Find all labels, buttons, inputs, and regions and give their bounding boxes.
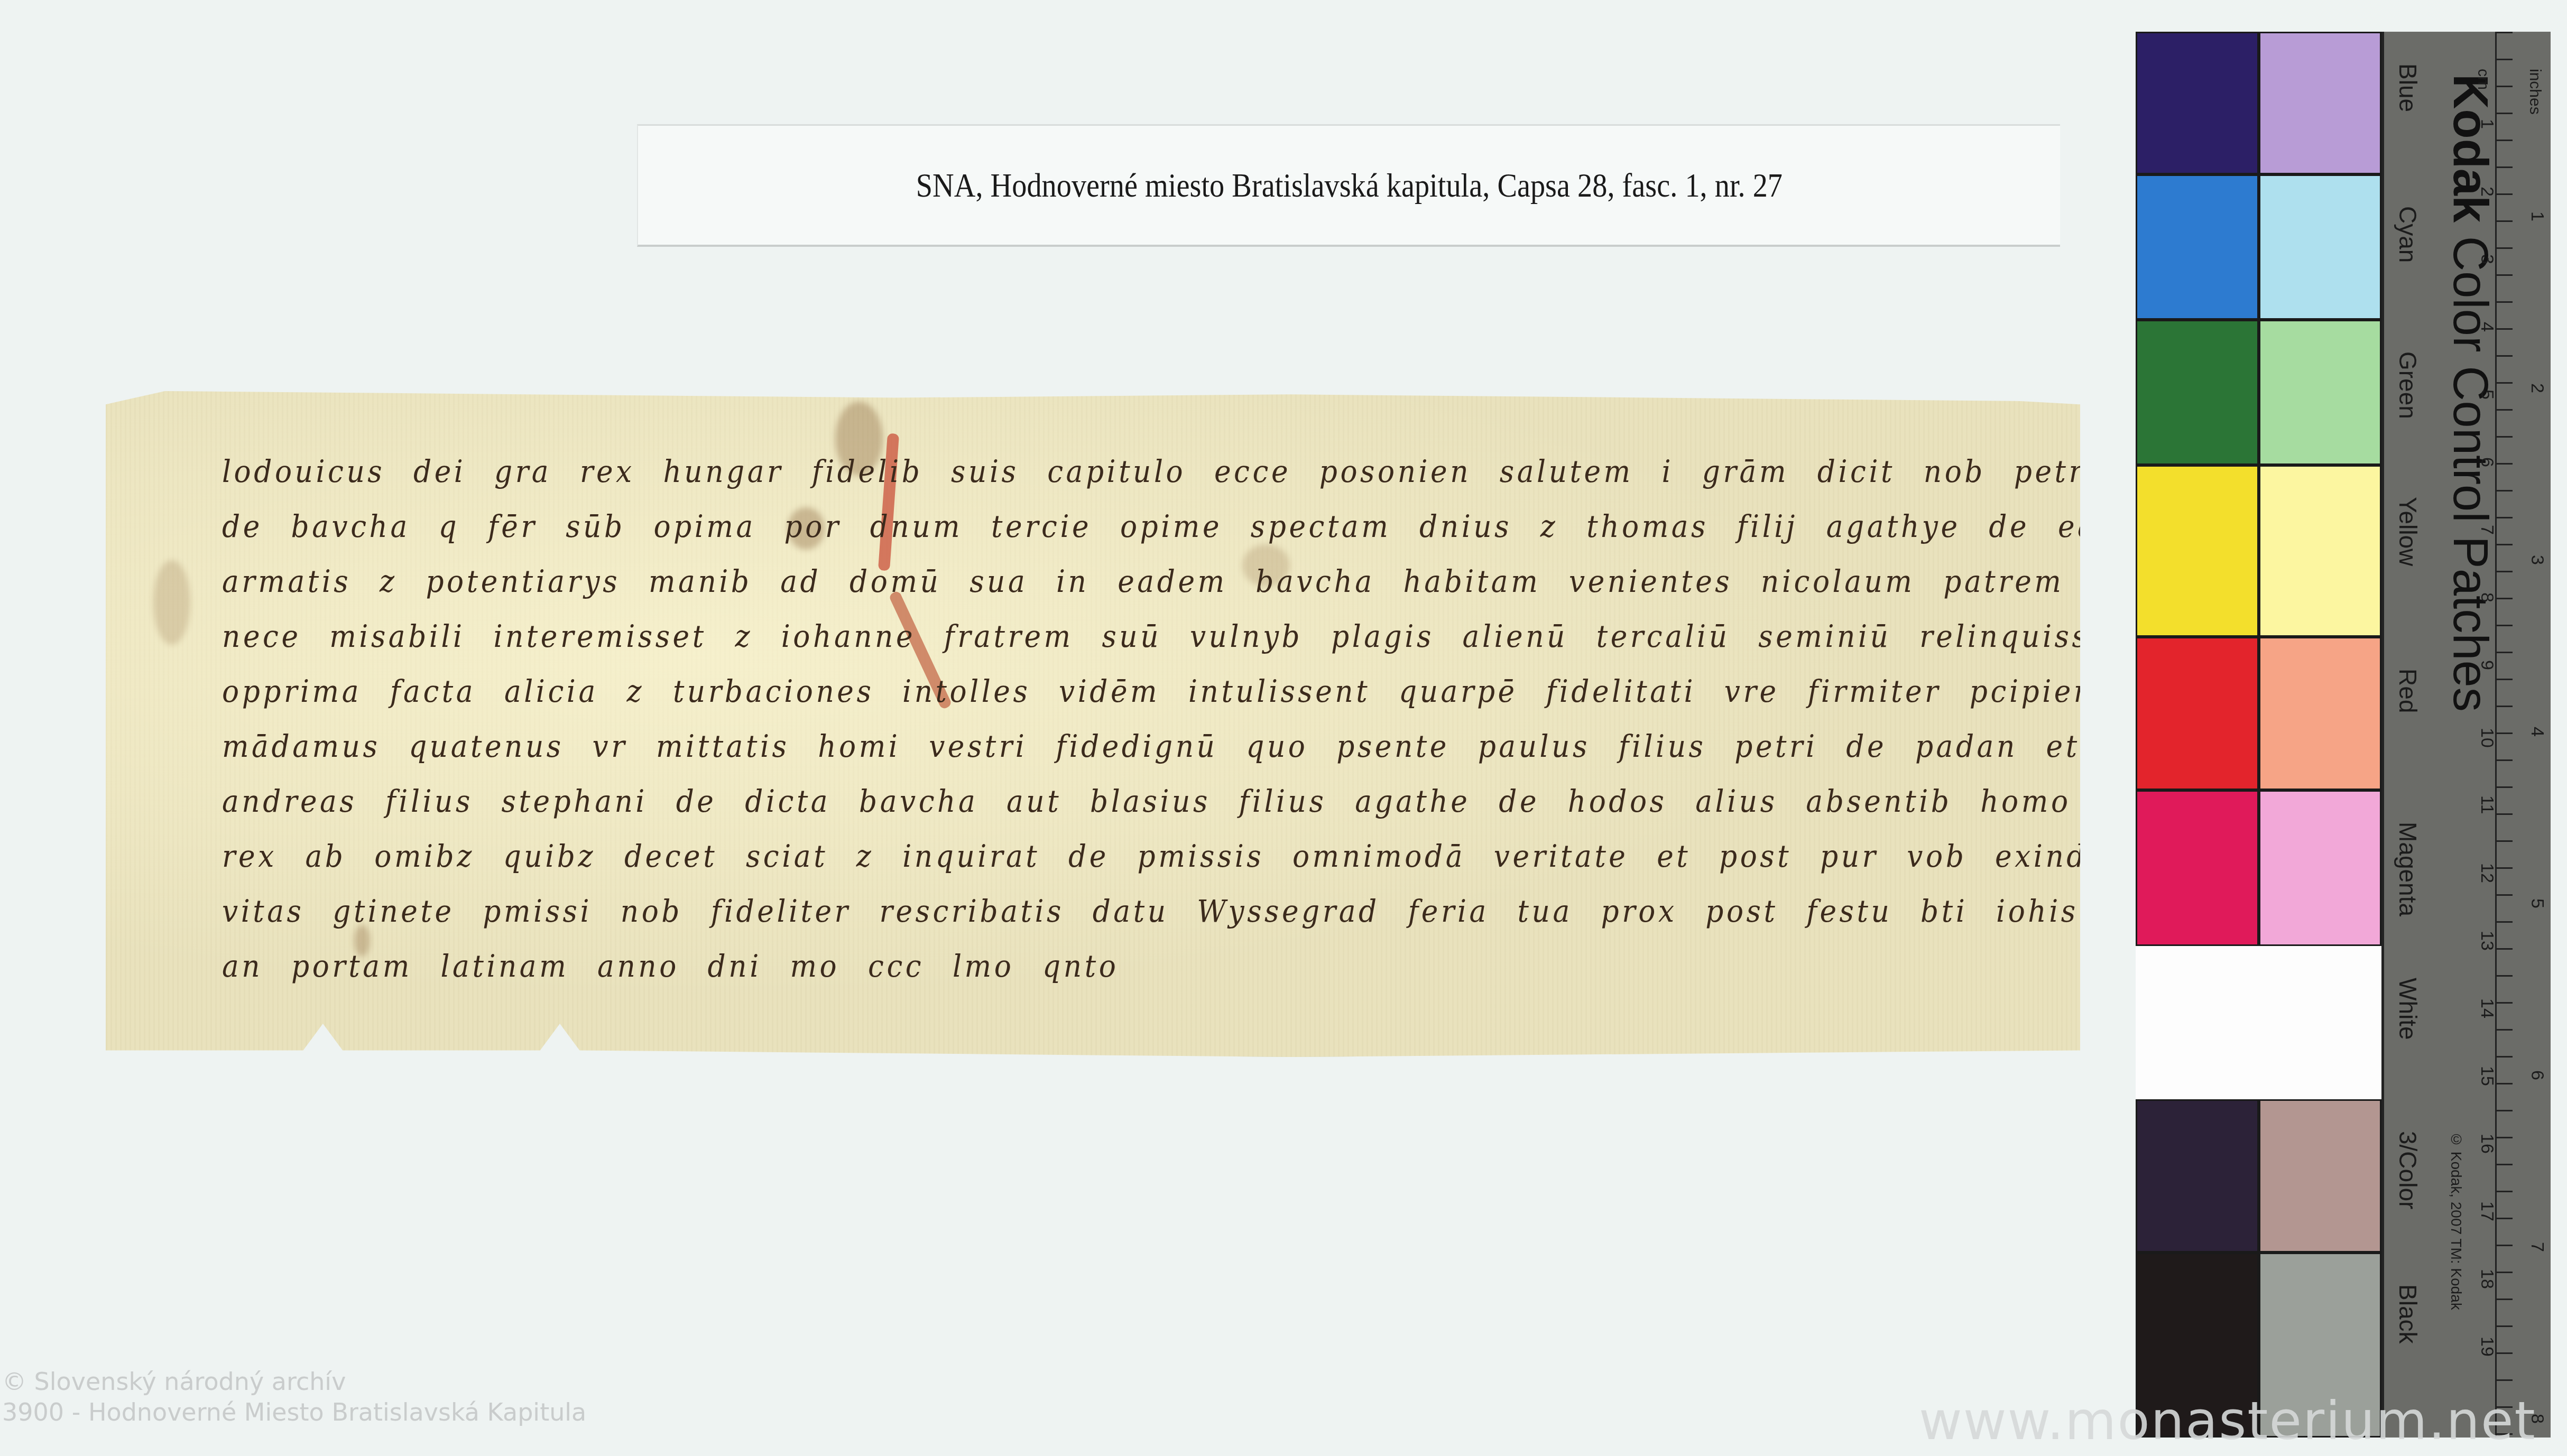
copyright-line: © Slovenský národný archív <box>2 1366 586 1397</box>
patch-light <box>2259 1099 2382 1253</box>
patch-dark <box>2136 790 2259 946</box>
patch-dark <box>2136 320 2259 465</box>
card-title: Color Control Patches <box>2443 236 2497 712</box>
ink-stain <box>153 560 190 645</box>
cm-tick-label: 2 <box>2477 187 2497 197</box>
cm-tick-label: 12 <box>2477 863 2497 883</box>
patch-light <box>2259 790 2382 946</box>
kodak-color-control-card: Kodak Color Control Patches BlueCyanGree… <box>2136 32 2548 1438</box>
patch-dark <box>2136 174 2259 320</box>
color-patches <box>2136 32 2381 1438</box>
cm-tick-label: 19 <box>2477 1337 2497 1357</box>
cm-unit-label: cm <box>2474 69 2492 90</box>
patch-label: Black <box>2394 1284 2422 1343</box>
charter-line: nece misabili interemisset z iohanne fra… <box>222 609 1873 664</box>
charter-line: de bavcha q fēr sūb opima por dnum terci… <box>222 499 1873 554</box>
cm-tick-label: 16 <box>2477 1134 2497 1154</box>
archival-signature-label: SNA, Hodnoverné miesto Bratislavská kapi… <box>637 124 2060 247</box>
cm-tick-label: 15 <box>2477 1066 2497 1086</box>
kodak-copyright: © Kodak, 2007 TM: Kodak <box>2448 1131 2464 1310</box>
charter-line: rex ab omibz quibz decet sciat z inquira… <box>222 829 1873 884</box>
patch-light <box>2259 32 2382 174</box>
inches-unit-label: inches <box>2526 69 2544 115</box>
cm-tick-label: 14 <box>2477 998 2497 1018</box>
patch-row-magenta <box>2136 790 2381 946</box>
patch-label: White <box>2394 978 2422 1040</box>
cm-tick-label: 4 <box>2477 322 2497 332</box>
patch-label: Blue <box>2394 63 2422 112</box>
inch-tick-label: 6 <box>2527 1070 2547 1080</box>
cm-tick-label: 9 <box>2477 660 2497 670</box>
cm-tick-label: 18 <box>2477 1269 2497 1289</box>
patch-white <box>2136 946 2381 1099</box>
inch-tick-label: 5 <box>2527 898 2547 908</box>
inch-tick-label: 2 <box>2527 383 2547 393</box>
patch-label: Cyan <box>2394 206 2422 263</box>
patch-row-green <box>2136 320 2381 465</box>
patch-row-cyan <box>2136 174 2381 320</box>
cm-tick-label: 7 <box>2477 525 2497 535</box>
patch-label: Red <box>2394 669 2422 713</box>
charter-line: andreas filius stephani de dicta bavcha … <box>222 774 1873 829</box>
fonds-line: 3900 - Hodnoverné Miesto Bratislavská Ka… <box>2 1397 586 1427</box>
monasterium-watermark: www.monasterium.net <box>1919 1390 2536 1452</box>
charter-text: lodouicus dei gra rex hungar fidelib sui… <box>222 444 2017 994</box>
cm-tick-label: 10 <box>2477 728 2497 748</box>
inch-tick-label: 4 <box>2527 727 2547 737</box>
patch-dark <box>2136 465 2259 637</box>
patch-label: 3/Color <box>2394 1131 2422 1209</box>
patch-row-3color <box>2136 1099 2381 1253</box>
archive-copyright: © Slovenský národný archív 3900 - Hodnov… <box>2 1366 586 1427</box>
cm-tick-label: 8 <box>2477 592 2497 602</box>
charter-line: an portam latinam anno dni mo ccc lmo qn… <box>222 939 1873 994</box>
patch-dark <box>2136 32 2259 174</box>
cm-tick-label: 11 <box>2477 795 2497 814</box>
parchment-charter: lodouicus dei gra rex hungar fidelib sui… <box>106 391 2080 1057</box>
charter-line: armatis z potentiarys manib ad domū sua … <box>222 554 1873 609</box>
patch-row-red <box>2136 637 2381 790</box>
charter-line: opprima facta alicia z turbaciones intol… <box>222 664 1873 719</box>
patch-light <box>2259 465 2382 637</box>
patch-label: Magenta <box>2394 822 2422 916</box>
patch-row-white <box>2136 946 2381 1099</box>
cm-tick-label: 6 <box>2477 457 2497 467</box>
cm-tick-label: 13 <box>2477 931 2497 951</box>
gray-ruler: Kodak Color Control Patches BlueCyanGree… <box>2381 32 2551 1438</box>
inch-tick-label: 7 <box>2527 1242 2547 1252</box>
patch-row-blue <box>2136 32 2381 174</box>
charter-line: mādamus quatenus vr mittatis homi vestri… <box>222 719 1873 774</box>
inch-tick-label: 3 <box>2527 555 2547 565</box>
kodak-brand: Kodak <box>2443 74 2497 222</box>
patch-dark <box>2136 1099 2259 1253</box>
patch-label: Yellow <box>2394 497 2422 566</box>
patch-light <box>2259 637 2382 790</box>
patch-label: Green <box>2394 351 2422 419</box>
patch-light <box>2259 320 2382 465</box>
patch-light <box>2259 174 2382 320</box>
signature-text: SNA, Hodnoverné miesto Bratislavská kapi… <box>916 166 1782 205</box>
patch-dark <box>2136 637 2259 790</box>
cm-tick-label: 3 <box>2477 254 2497 264</box>
cm-tick-label: 17 <box>2477 1201 2497 1221</box>
charter-line: vitas gtinete pmissi nob fideliter rescr… <box>222 884 1873 939</box>
cm-tick-label: 5 <box>2477 389 2497 400</box>
inch-tick-label: 1 <box>2527 211 2547 221</box>
patch-row-yellow <box>2136 465 2381 637</box>
cm-tick-label: 1 <box>2477 119 2497 129</box>
charter-line: lodouicus dei gra rex hungar fidelib sui… <box>222 444 1873 499</box>
